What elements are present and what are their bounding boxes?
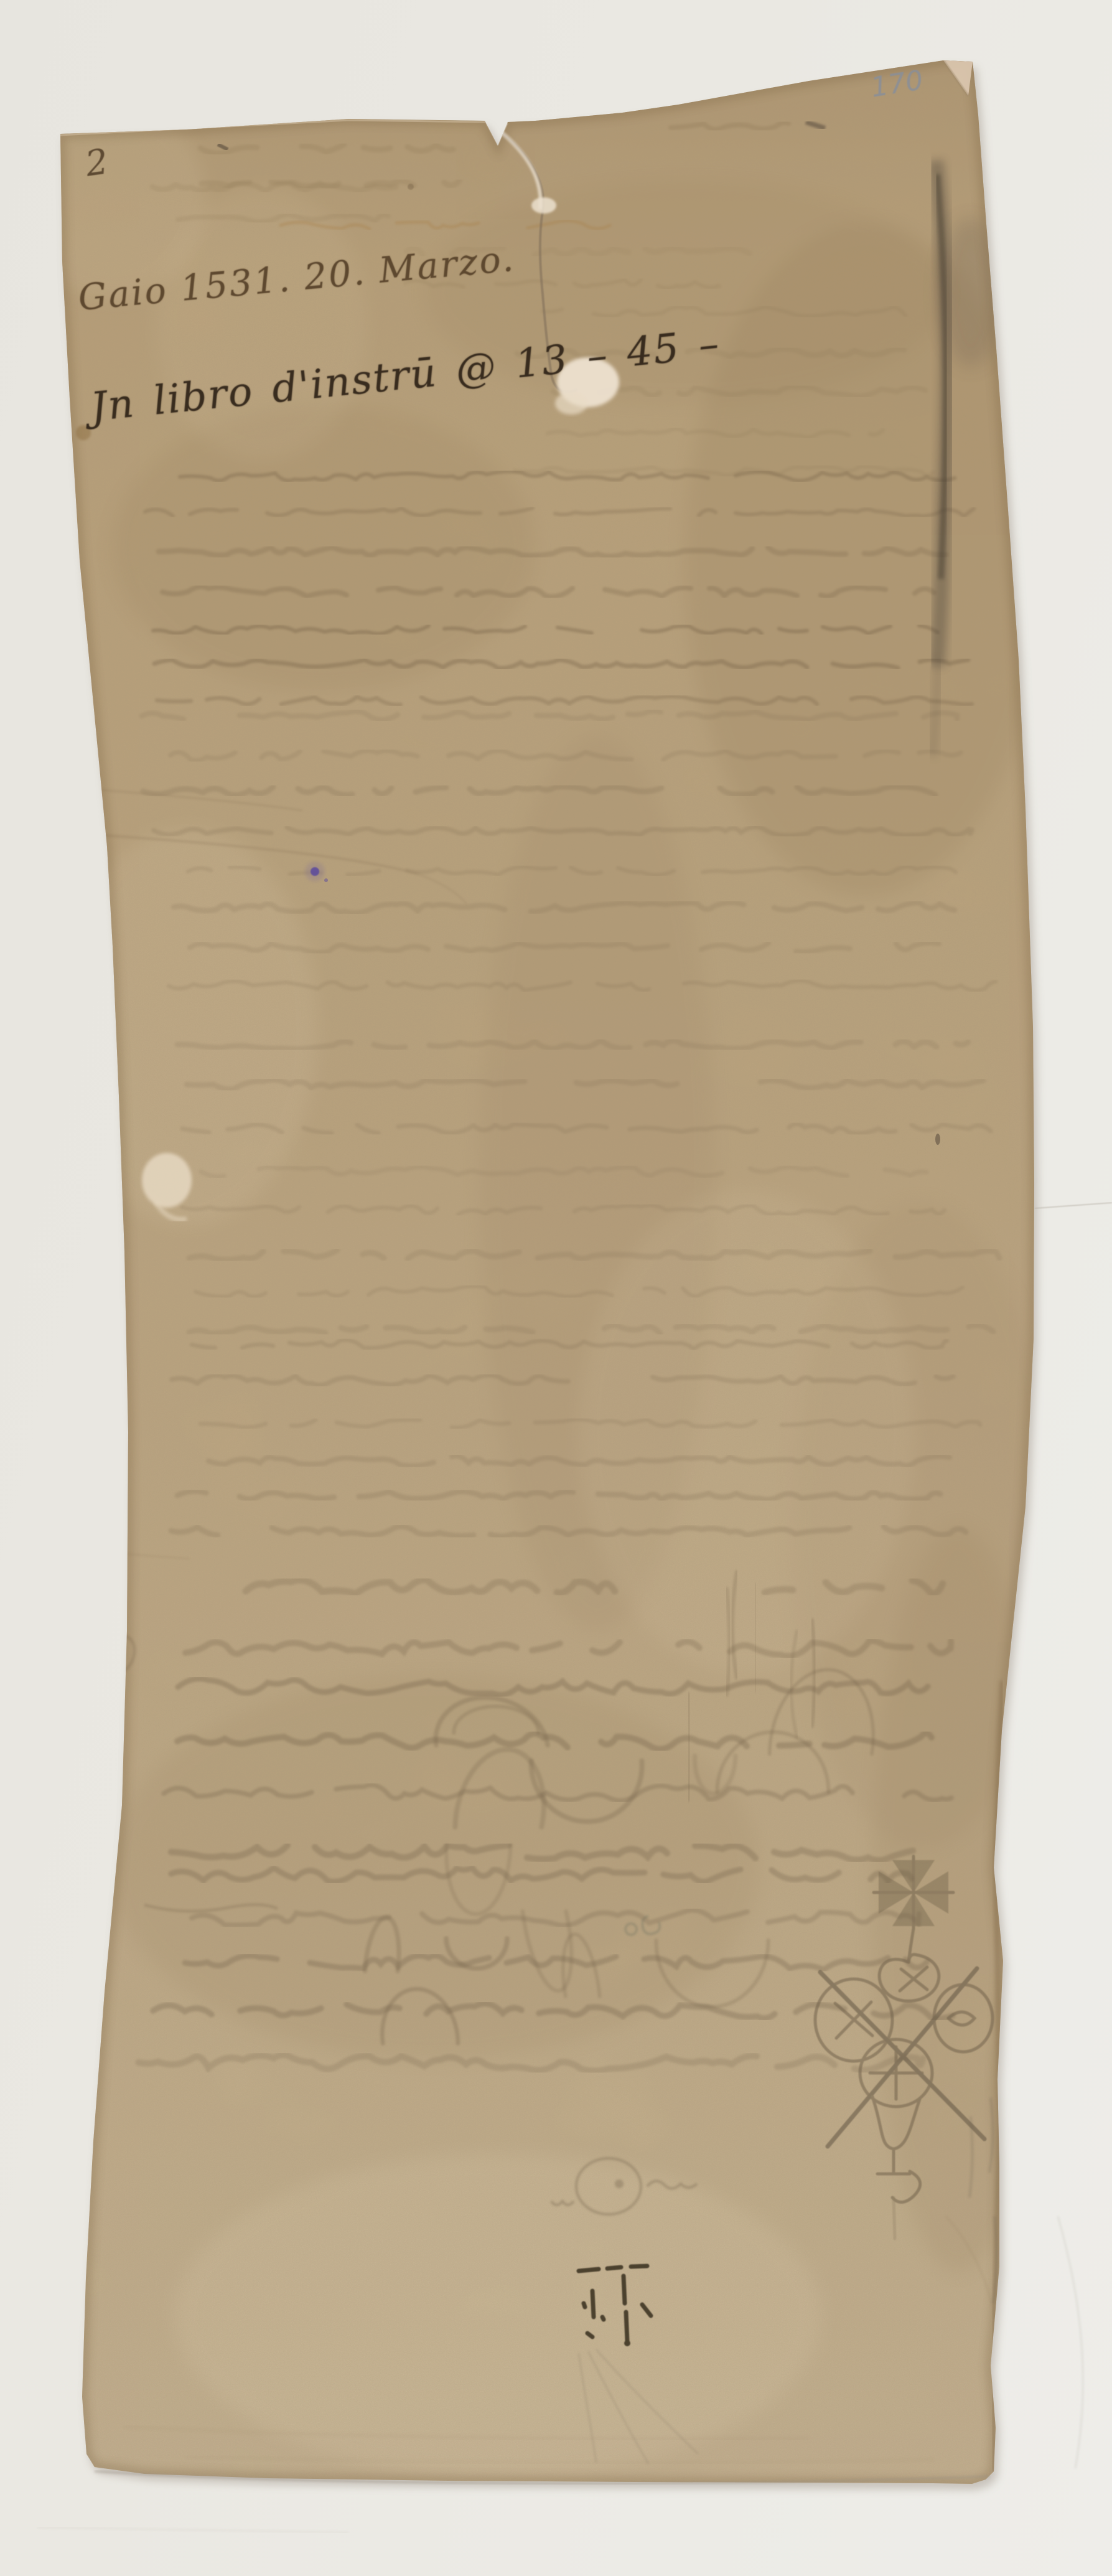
abrasion-patch bbox=[142, 1153, 192, 1208]
scan-area: 2 170 Gaio 1531. 20. Marzo. Jn libro d'i… bbox=[0, 0, 1112, 2576]
parchment-sheet bbox=[0, 0, 1112, 2576]
